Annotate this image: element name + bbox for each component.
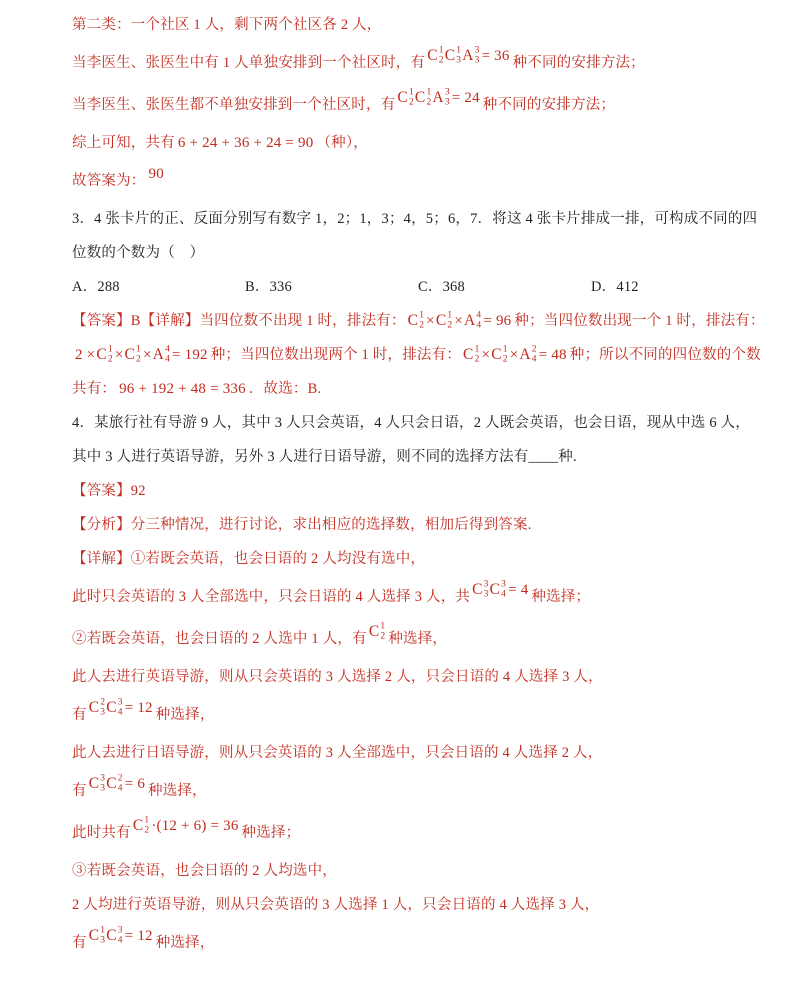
math-scripts: 34 bbox=[501, 581, 506, 600]
math-subscript: 2 bbox=[144, 826, 149, 836]
math-subscript: 4 bbox=[118, 708, 123, 718]
math-symbol: C33 bbox=[89, 774, 107, 793]
math-base: C bbox=[445, 47, 456, 64]
document-line: 位数的个数为（ ） bbox=[72, 236, 730, 270]
text-run: 其中 3 人进行英语导游，另外 3 人进行日语导游，则不同的选择方法有____种… bbox=[72, 449, 577, 465]
document-line: 3．4 张卡片的正、反面分别写有数字 1，2；1，3；4，5；6，7．将这 4 … bbox=[72, 202, 730, 236]
math-scripts: 44 bbox=[165, 346, 170, 365]
document-line: 此时共有C12·(12 + 6) = 36种选择； bbox=[72, 812, 730, 854]
document-line: ②若既会英语，也会日语的 2 人选中 1 人，有C12种选择， bbox=[72, 618, 730, 660]
text-run: 有 bbox=[72, 935, 87, 951]
document-line: 2 ×C12×C12×A44= 192种；当四位数出现两个 1 时，排法有：C1… bbox=[72, 338, 730, 372]
math-base: A bbox=[153, 346, 164, 363]
document-content: 第二类：一个社区 1 人，剩下两个社区各 2 人，当李医生、张医生中有 1 人单… bbox=[72, 8, 730, 964]
math-symbol: C12 bbox=[436, 311, 454, 330]
math-symbol: C34 bbox=[106, 698, 124, 717]
math-symbol: C23 bbox=[89, 698, 107, 717]
math-subscript: 4 bbox=[165, 355, 170, 365]
math-base: C bbox=[106, 927, 117, 944]
math-base: C bbox=[369, 623, 380, 640]
math-plain: = 12 bbox=[124, 928, 154, 944]
math-subscript: 2 bbox=[426, 98, 431, 108]
text-run: ②若既会英语，也会日语的 2 人选中 1 人，有 bbox=[72, 631, 367, 647]
text-run: 共有： bbox=[72, 381, 116, 397]
math-subscript: 3 bbox=[100, 784, 105, 794]
document-line: 【详解】①若既会英语，也会日语的 2 人均没有选中， bbox=[72, 542, 730, 576]
math-base: C bbox=[472, 581, 483, 598]
math-scripts: 23 bbox=[100, 699, 105, 718]
math-base: C bbox=[89, 927, 100, 944]
math-formula: C33C34= 4 bbox=[470, 580, 531, 599]
math-subscript: 4 bbox=[532, 355, 537, 365]
text-run: 此人去进行日语导游，则从只会英语的 3 人全部选中，只会日语的 4 人选择 2 … bbox=[72, 745, 602, 761]
document-line: 有C33C24= 6种选择， bbox=[72, 770, 730, 812]
math-plain: = 4 bbox=[507, 582, 529, 598]
math-formula: C12×C12×A24= 48 bbox=[461, 345, 570, 364]
text-run: 2 人均进行英语导游，则从只会英语的 3 人选择 1 人，只会日语的 4 人选择… bbox=[72, 897, 599, 913]
math-subscript: 2 bbox=[380, 632, 385, 642]
math-formula: C12C12A33= 24 bbox=[395, 88, 482, 107]
math-subscript: 2 bbox=[447, 321, 452, 331]
math-symbol: C34 bbox=[490, 580, 508, 599]
math-subscript: 3 bbox=[445, 98, 450, 108]
math-scripts: 13 bbox=[456, 47, 461, 66]
text-run: 此时共有 bbox=[72, 825, 131, 841]
math-scripts: 12 bbox=[136, 346, 141, 365]
math-scripts: 33 bbox=[445, 89, 450, 108]
math-scripts: 33 bbox=[484, 581, 489, 600]
math-plain: ·(12 + 6) = 36 bbox=[150, 818, 239, 834]
text-run: 此人去进行英语导游，则从只会英语的 3 人选择 2 人，只会日语的 4 人选择 … bbox=[72, 669, 603, 685]
math-scripts: 44 bbox=[476, 312, 481, 331]
math-formula: C13C34= 12 bbox=[87, 926, 156, 945]
math-scripts: 12 bbox=[108, 346, 113, 365]
math-subscript: 2 bbox=[136, 355, 141, 365]
math-base: A bbox=[462, 47, 473, 64]
math-scripts: 12 bbox=[380, 623, 385, 642]
math-plain: × bbox=[509, 347, 520, 363]
math-subscript: 4 bbox=[476, 321, 481, 331]
math-base: C bbox=[415, 89, 426, 106]
math-plain: 96 + 192 + 48 = 336 bbox=[118, 381, 247, 397]
math-subscript: 3 bbox=[484, 590, 489, 600]
document-line: 有C23C34= 12种选择， bbox=[72, 694, 730, 736]
text-run: 此时只会英语的 3 人全部选中，只会日语的 4 人选择 3 人，共 bbox=[72, 589, 470, 605]
text-run: 种不同的安排方法； bbox=[483, 97, 615, 113]
math-formula: C12C13A33= 36 bbox=[425, 46, 512, 65]
math-symbol: C13 bbox=[445, 46, 463, 65]
math-scripts: 12 bbox=[426, 89, 431, 108]
math-plain: × bbox=[114, 347, 125, 363]
math-base: C bbox=[89, 699, 100, 716]
text-run: 位数的个数为（ ） bbox=[72, 245, 204, 261]
math-symbol: A33 bbox=[432, 88, 450, 107]
document-line: 其中 3 人进行英语导游，另外 3 人进行日语导游，则不同的选择方法有____种… bbox=[72, 440, 730, 474]
math-symbol: C34 bbox=[106, 926, 124, 945]
text-run: 有 bbox=[72, 707, 87, 723]
math-base: A bbox=[432, 89, 443, 106]
math-plain: = 24 bbox=[451, 90, 481, 106]
math-subscript: 4 bbox=[118, 784, 123, 794]
text-run: 种不同的安排方法； bbox=[513, 55, 645, 71]
math-scripts: 33 bbox=[475, 47, 480, 66]
math-base: C bbox=[427, 47, 438, 64]
text-run: 当李医生、张医生中有 1 人单独安排到一个社区时，有 bbox=[72, 55, 425, 71]
math-base: C bbox=[89, 775, 100, 792]
math-formula: 6 + 24 + 36 + 24 = 90 bbox=[175, 135, 317, 152]
text-run: （种）， bbox=[316, 135, 368, 151]
math-scripts: 34 bbox=[118, 927, 123, 946]
math-subscript: 4 bbox=[501, 590, 506, 600]
math-base: C bbox=[436, 312, 447, 329]
text-run: 【答案】B【详解】当四位数不出现 1 时，排法有： bbox=[72, 313, 406, 329]
document-line: 综上可知，共有6 + 24 + 36 + 24 = 90（种）， bbox=[72, 126, 730, 160]
option-A: A．288 bbox=[72, 270, 245, 304]
math-subscript: 2 bbox=[419, 321, 424, 331]
math-base: A bbox=[464, 312, 475, 329]
math-scripts: 34 bbox=[118, 699, 123, 718]
math-symbol: C12 bbox=[491, 345, 509, 364]
math-formula: C12·(12 + 6) = 36 bbox=[131, 816, 242, 835]
math-symbol: C12 bbox=[133, 816, 151, 835]
text-run: ．故选：B. bbox=[249, 381, 322, 397]
math-plain: = 192 bbox=[171, 347, 209, 363]
math-formula: 90 bbox=[146, 166, 167, 183]
math-symbol: C13 bbox=[89, 926, 107, 945]
math-plain: = 36 bbox=[481, 48, 511, 64]
option-D: D．412 bbox=[591, 270, 639, 304]
math-symbol: C12 bbox=[369, 622, 387, 641]
text-run: ③若既会英语，也会日语的 2 人均选中， bbox=[72, 863, 337, 879]
math-symbol: C12 bbox=[96, 345, 114, 364]
document-line: 故答案为：90 bbox=[72, 160, 730, 202]
math-subscript: 2 bbox=[503, 355, 508, 365]
math-formula: C12 bbox=[367, 622, 389, 641]
math-symbol: C12 bbox=[427, 46, 445, 65]
math-scripts: 12 bbox=[144, 817, 149, 836]
math-subscript: 3 bbox=[100, 936, 105, 946]
math-scripts: 12 bbox=[503, 346, 508, 365]
document-line: 4．某旅行社有导游 9 人，其中 3 人只会英语，4 人只会日语，2 人既会英语… bbox=[72, 406, 730, 440]
math-symbol: C12 bbox=[463, 345, 481, 364]
math-subscript: 2 bbox=[409, 98, 414, 108]
math-scripts: 12 bbox=[439, 47, 444, 66]
text-run: 种；所以不同的四位数的个数 bbox=[570, 347, 761, 363]
text-run: 种；当四位数出现一个 1 时，排法有： bbox=[514, 313, 764, 329]
math-base: C bbox=[491, 346, 502, 363]
document-line: 当李医生、张医生中有 1 人单独安排到一个社区时，有C12C13A33= 36种… bbox=[72, 42, 730, 84]
math-base: A bbox=[519, 346, 530, 363]
text-run: 种；当四位数出现两个 1 时，排法有： bbox=[211, 347, 461, 363]
math-subscript: 4 bbox=[118, 936, 123, 946]
document-line: A．288B．336C．368D．412 bbox=[72, 270, 730, 304]
text-run: 【详解】①若既会英语，也会日语的 2 人均没有选中， bbox=[72, 551, 425, 567]
math-base: C bbox=[490, 581, 501, 598]
document-line: 此人去进行日语导游，则从只会英语的 3 人全部选中，只会日语的 4 人选择 2 … bbox=[72, 736, 730, 770]
text-run: 种选择， bbox=[156, 707, 215, 723]
math-scripts: 24 bbox=[118, 775, 123, 794]
math-subscript: 2 bbox=[108, 355, 113, 365]
document-line: 第二类：一个社区 1 人，剩下两个社区各 2 人， bbox=[72, 8, 730, 42]
math-plain: × bbox=[425, 313, 436, 329]
math-subscript: 3 bbox=[475, 56, 480, 66]
math-plain: × bbox=[142, 347, 153, 363]
math-plain: = 12 bbox=[124, 700, 154, 716]
text-run: 有 bbox=[72, 783, 87, 799]
math-formula: C12×C12×A44= 96 bbox=[406, 311, 515, 330]
math-scripts: 12 bbox=[419, 312, 424, 331]
math-base: C bbox=[124, 346, 135, 363]
math-base: C bbox=[106, 699, 117, 716]
math-formula: C23C34= 12 bbox=[87, 698, 156, 717]
math-symbol: C33 bbox=[472, 580, 490, 599]
text-run: 故答案为： bbox=[72, 173, 146, 189]
math-formula: 2 ×C12×C12×A44= 192 bbox=[72, 345, 211, 364]
text-run: 【分析】分三种情况，进行讨论，求出相应的选择数，相加后得到答案. bbox=[72, 517, 532, 533]
math-symbol: C12 bbox=[415, 88, 433, 107]
text-run: 4．某旅行社有导游 9 人，其中 3 人只会英语，4 人只会日语，2 人既会英语… bbox=[72, 415, 750, 431]
option-C: C．368 bbox=[418, 270, 591, 304]
math-plain: = 96 bbox=[482, 313, 512, 329]
text-run: 种选择， bbox=[156, 935, 215, 951]
math-scripts: 12 bbox=[475, 346, 480, 365]
math-plain: = 48 bbox=[538, 347, 568, 363]
math-formula: 96 + 192 + 48 = 336 bbox=[116, 381, 249, 398]
text-run: 种选择， bbox=[148, 783, 207, 799]
math-subscript: 2 bbox=[475, 355, 480, 365]
math-scripts: 12 bbox=[447, 312, 452, 331]
math-subscript: 3 bbox=[456, 56, 461, 66]
math-base: C bbox=[106, 775, 117, 792]
math-symbol: A24 bbox=[519, 345, 537, 364]
document-line: 【答案】92 bbox=[72, 474, 730, 508]
text-run: 综上可知，共有 bbox=[72, 135, 175, 151]
document-line: 当李医生、张医生都不单独安排到一个社区时，有C12C12A33= 24种不同的安… bbox=[72, 84, 730, 126]
math-base: C bbox=[96, 346, 107, 363]
text-run: 第二类：一个社区 1 人，剩下两个社区各 2 人， bbox=[72, 17, 382, 33]
math-plain: 2 × bbox=[74, 347, 96, 363]
document-line: 此时只会英语的 3 人全部选中，只会日语的 4 人选择 3 人，共C33C34=… bbox=[72, 576, 730, 618]
math-symbol: A44 bbox=[464, 311, 482, 330]
math-base: C bbox=[397, 89, 408, 106]
math-subscript: 3 bbox=[100, 708, 105, 718]
option-B: B．336 bbox=[245, 270, 418, 304]
math-base: C bbox=[463, 346, 474, 363]
math-scripts: 12 bbox=[409, 89, 414, 108]
math-symbol: A33 bbox=[462, 46, 480, 65]
math-symbol: C12 bbox=[124, 345, 142, 364]
math-base: C bbox=[408, 312, 419, 329]
document-line: 2 人均进行英语导游，则从只会英语的 3 人选择 1 人，只会日语的 4 人选择… bbox=[72, 888, 730, 922]
math-scripts: 13 bbox=[100, 927, 105, 946]
math-symbol: A44 bbox=[153, 345, 171, 364]
document-line: 有C13C34= 12种选择， bbox=[72, 922, 730, 964]
math-subscript: 2 bbox=[439, 56, 444, 66]
document-line: 【答案】B【详解】当四位数不出现 1 时，排法有：C12×C12×A44= 96… bbox=[72, 304, 730, 338]
math-symbol: C12 bbox=[408, 311, 426, 330]
document-line: 【分析】分三种情况，进行讨论，求出相应的选择数，相加后得到答案. bbox=[72, 508, 730, 542]
math-plain: 6 + 24 + 36 + 24 = 90 bbox=[177, 135, 315, 151]
math-symbol: C24 bbox=[106, 774, 124, 793]
math-scripts: 24 bbox=[532, 346, 537, 365]
math-plain: = 6 bbox=[124, 776, 146, 792]
math-scripts: 33 bbox=[100, 775, 105, 794]
math-plain: × bbox=[481, 347, 492, 363]
text-run: 【答案】92 bbox=[72, 483, 146, 499]
math-plain: 90 bbox=[148, 166, 165, 182]
text-run: 种选择； bbox=[531, 589, 590, 605]
document-line: 此人去进行英语导游，则从只会英语的 3 人选择 2 人，只会日语的 4 人选择 … bbox=[72, 660, 730, 694]
text-run: 3．4 张卡片的正、反面分别写有数字 1，2；1，3；4，5；6，7．将这 4 … bbox=[72, 211, 757, 227]
math-plain: × bbox=[453, 313, 464, 329]
document-line: 共有：96 + 192 + 48 = 336．故选：B. bbox=[72, 372, 730, 406]
math-base: C bbox=[133, 817, 144, 834]
text-run: 种选择； bbox=[242, 825, 301, 841]
text-run: 种选择， bbox=[388, 631, 447, 647]
math-formula: C33C24= 6 bbox=[87, 774, 148, 793]
document-line: ③若既会英语，也会日语的 2 人均选中， bbox=[72, 854, 730, 888]
text-run: 当李医生、张医生都不单独安排到一个社区时，有 bbox=[72, 97, 395, 113]
math-symbol: C12 bbox=[397, 88, 415, 107]
document-page: 第二类：一个社区 1 人，剩下两个社区各 2 人，当李医生、张医生中有 1 人单… bbox=[0, 0, 800, 988]
